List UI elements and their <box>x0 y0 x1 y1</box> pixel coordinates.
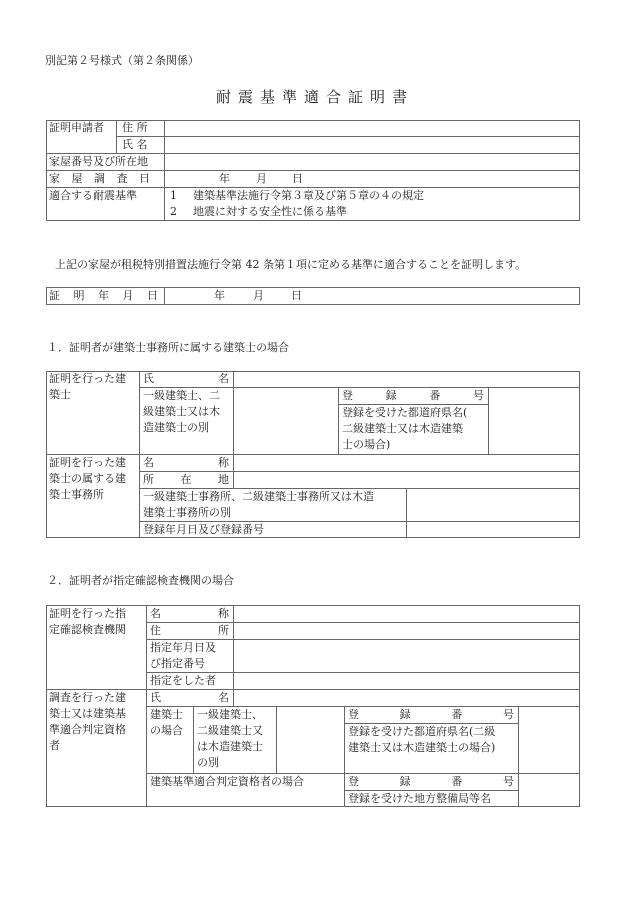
divider <box>139 371 140 538</box>
section-1-heading: １．証明者が建築士事務所に属する建築士の場合 <box>47 341 289 355</box>
divider <box>338 387 339 454</box>
office-class-label: 一級建築士事務所、二級建築士事務所又は木造建築士事務所の別 <box>143 489 374 521</box>
office-label: 証明を行った建築士の属する建築士事務所 <box>49 455 126 503</box>
divider <box>344 706 345 807</box>
divider <box>488 387 489 454</box>
cert-day[interactable]: 日 <box>291 288 302 304</box>
registration-number-field[interactable] <box>491 388 577 403</box>
survey-month[interactable]: 月 <box>256 171 267 187</box>
divider <box>276 706 277 773</box>
address-label: 住 所 <box>122 120 148 136</box>
divider <box>146 605 147 807</box>
form-reference: 別記第２号様式（第２条関係） <box>45 54 199 68</box>
agency-name-field[interactable] <box>236 606 576 621</box>
section-2-heading: ２．証明者が指定確認検査機関の場合 <box>47 574 234 588</box>
office-location-field[interactable] <box>236 472 576 487</box>
divider <box>233 605 234 706</box>
prefecture-field[interactable] <box>491 405 577 453</box>
divider <box>164 120 165 221</box>
bureau-label: 登録を受けた地方整備局等名 <box>348 791 491 807</box>
cert-month[interactable]: 月 <box>253 288 264 304</box>
designation-field[interactable] <box>236 640 576 671</box>
office-location-label: 所在地 <box>143 472 229 488</box>
registration-number-label: 登録番号 <box>342 388 484 404</box>
designator-label: 指定をした者 <box>150 673 216 689</box>
qualified-registration-number-field[interactable] <box>521 774 577 789</box>
architect-label: 証明を行った建築士 <box>49 371 126 403</box>
divider <box>233 371 234 488</box>
surveyor-registration-number-field[interactable] <box>521 707 577 722</box>
address-field[interactable] <box>167 120 577 136</box>
office-name-label: 名称 <box>143 455 229 471</box>
name-label: 氏 名 <box>122 137 148 153</box>
divider <box>116 120 117 153</box>
office-class-field[interactable] <box>409 489 577 520</box>
agency-name-label: 名称 <box>150 606 229 622</box>
divider <box>518 706 519 807</box>
architect-name-label: 氏名 <box>143 371 229 387</box>
surveyor-prefecture-label: 登録を受けた都道府県名(二級建築士又は木造建築士の場合) <box>348 724 495 756</box>
architect-class-field[interactable] <box>236 388 336 452</box>
surveyor-prefecture-field[interactable] <box>521 724 577 772</box>
bureau-field[interactable] <box>521 791 577 806</box>
cert-year[interactable]: 年 <box>214 288 225 304</box>
office-registration-field[interactable] <box>409 522 577 537</box>
divider <box>164 287 165 305</box>
standard-1-num: 1 <box>170 188 177 204</box>
agency-label: 証明を行った指定確認検査機関 <box>49 606 126 638</box>
surveyor-registration-number-label: 登録番号 <box>348 707 514 723</box>
standard-1-text: 建築基準法施行令第３章及び第５章の４の規定 <box>193 188 424 204</box>
survey-year[interactable]: 年 <box>219 171 230 187</box>
architect-name-field[interactable] <box>236 372 576 387</box>
prefecture-label: 登録を受けた都道府県名(二級建築士又は木造建築士の場合) <box>342 405 467 453</box>
standard-2-text: 地震に対する安全性に係る基準 <box>193 204 347 220</box>
architect-class-label: 一級建築士、二級建築士又は木造建築士の別 <box>143 388 220 436</box>
office-registration-label: 登録年月日及び登録番号 <box>143 522 264 538</box>
divider <box>406 488 407 538</box>
qualified-case-label: 建築基準適合判定資格者の場合 <box>150 774 304 790</box>
surveyor-name-field[interactable] <box>236 690 576 705</box>
surveyor-class-field[interactable] <box>279 707 342 772</box>
surveyor-name-label: 氏名 <box>150 690 229 706</box>
survey-day[interactable]: 日 <box>292 171 303 187</box>
standard-label: 適合する耐震基準 <box>49 188 137 204</box>
cert-date-label: 証 明 年 月 日 <box>49 288 163 304</box>
office-name-field[interactable] <box>236 455 576 470</box>
agency-address-label: 住所 <box>150 623 229 639</box>
designator-field[interactable] <box>236 673 576 688</box>
divider <box>193 706 194 773</box>
house-number-field[interactable] <box>167 154 577 170</box>
applicant-label: 証明申請者 <box>49 120 104 136</box>
standard-2-num: 2 <box>170 204 177 220</box>
name-field[interactable] <box>167 137 577 153</box>
document-title: 耐震基準適合証明書 <box>0 86 630 107</box>
surveyor-label: 調査を行った建築士又は建築基準適合判定資格者 <box>49 690 126 754</box>
architect-case-label: 建築士の場合 <box>150 707 183 739</box>
agency-address-field[interactable] <box>236 623 576 638</box>
designation-label: 指定年月日及び指定番号 <box>150 640 216 672</box>
surveyor-class-label: 一級建築士、二級建築士又は木造建築士の別 <box>197 707 263 771</box>
certification-statement: 上記の家屋が租税特別措置法施行令第 42 条第１項に定める基準に適合することを証… <box>55 258 526 272</box>
survey-date-label: 家 屋 調 査 日 <box>49 171 154 187</box>
qualified-registration-number-label: 登録番号 <box>348 774 514 790</box>
house-number-label: 家屋番号及び所在地 <box>49 154 148 170</box>
